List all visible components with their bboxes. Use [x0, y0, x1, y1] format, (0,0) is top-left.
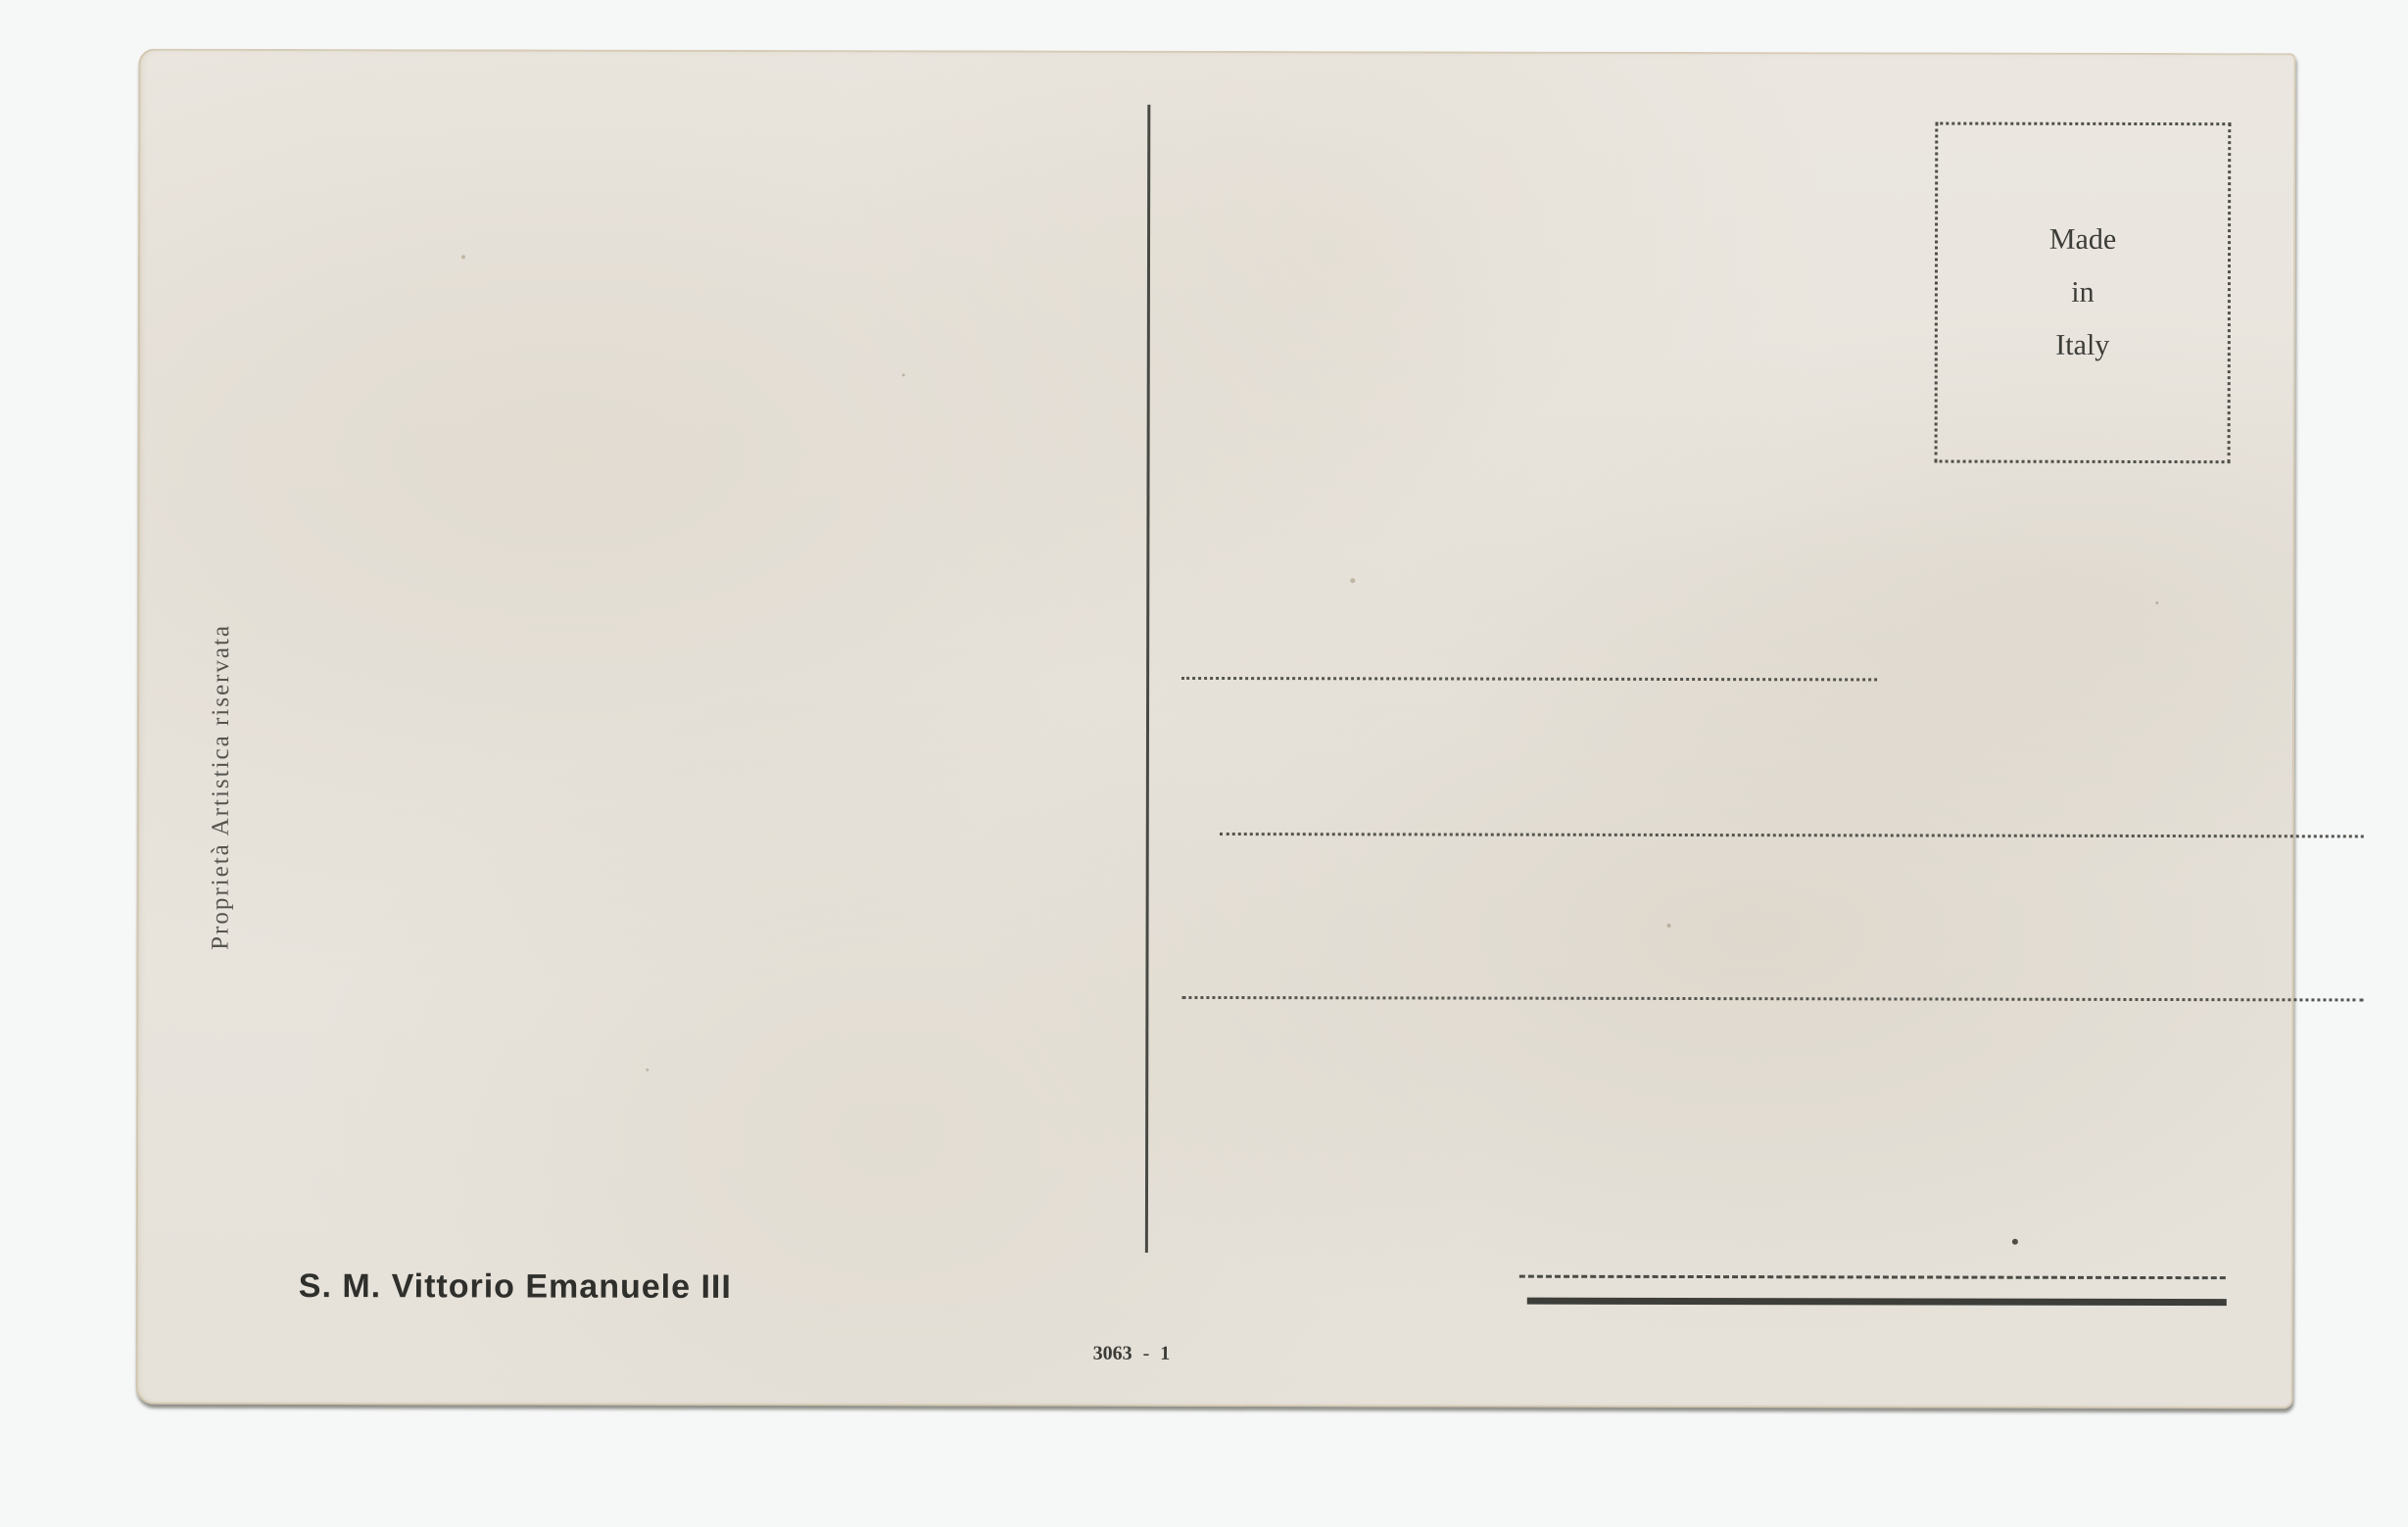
address-line — [1220, 833, 2364, 837]
stamp-box-text: Made in Italy — [1938, 214, 2228, 373]
message-address-divider — [1145, 105, 1150, 1253]
address-line — [1181, 996, 2363, 1002]
address-line-solid — [1527, 1298, 2227, 1306]
catalog-number: 3063 - 1 — [1093, 1343, 1171, 1365]
paper-speck — [2155, 601, 2158, 604]
stamp-line-italy: Italy — [1938, 319, 2228, 373]
postcard-caption: S. M. Vittorio Emanuele III — [299, 1267, 732, 1307]
rights-notice: Proprietà Artistica riservata — [208, 624, 236, 950]
address-line — [1181, 677, 1877, 681]
postcard-back: Proprietà Artistica riservata Made in It… — [136, 49, 2296, 1409]
paper-speck — [902, 373, 905, 376]
paper-speck — [1667, 924, 1671, 928]
paper-speck — [1350, 578, 1355, 583]
ink-dot — [2012, 1239, 2018, 1245]
address-line-dashed — [1519, 1275, 2226, 1280]
stamp-line-in: in — [1938, 266, 2228, 320]
stamp-box: Made in Italy — [1935, 122, 2232, 464]
paper-speck — [461, 255, 465, 259]
stamp-line-made: Made — [1938, 214, 2228, 267]
paper-speck — [646, 1069, 649, 1072]
